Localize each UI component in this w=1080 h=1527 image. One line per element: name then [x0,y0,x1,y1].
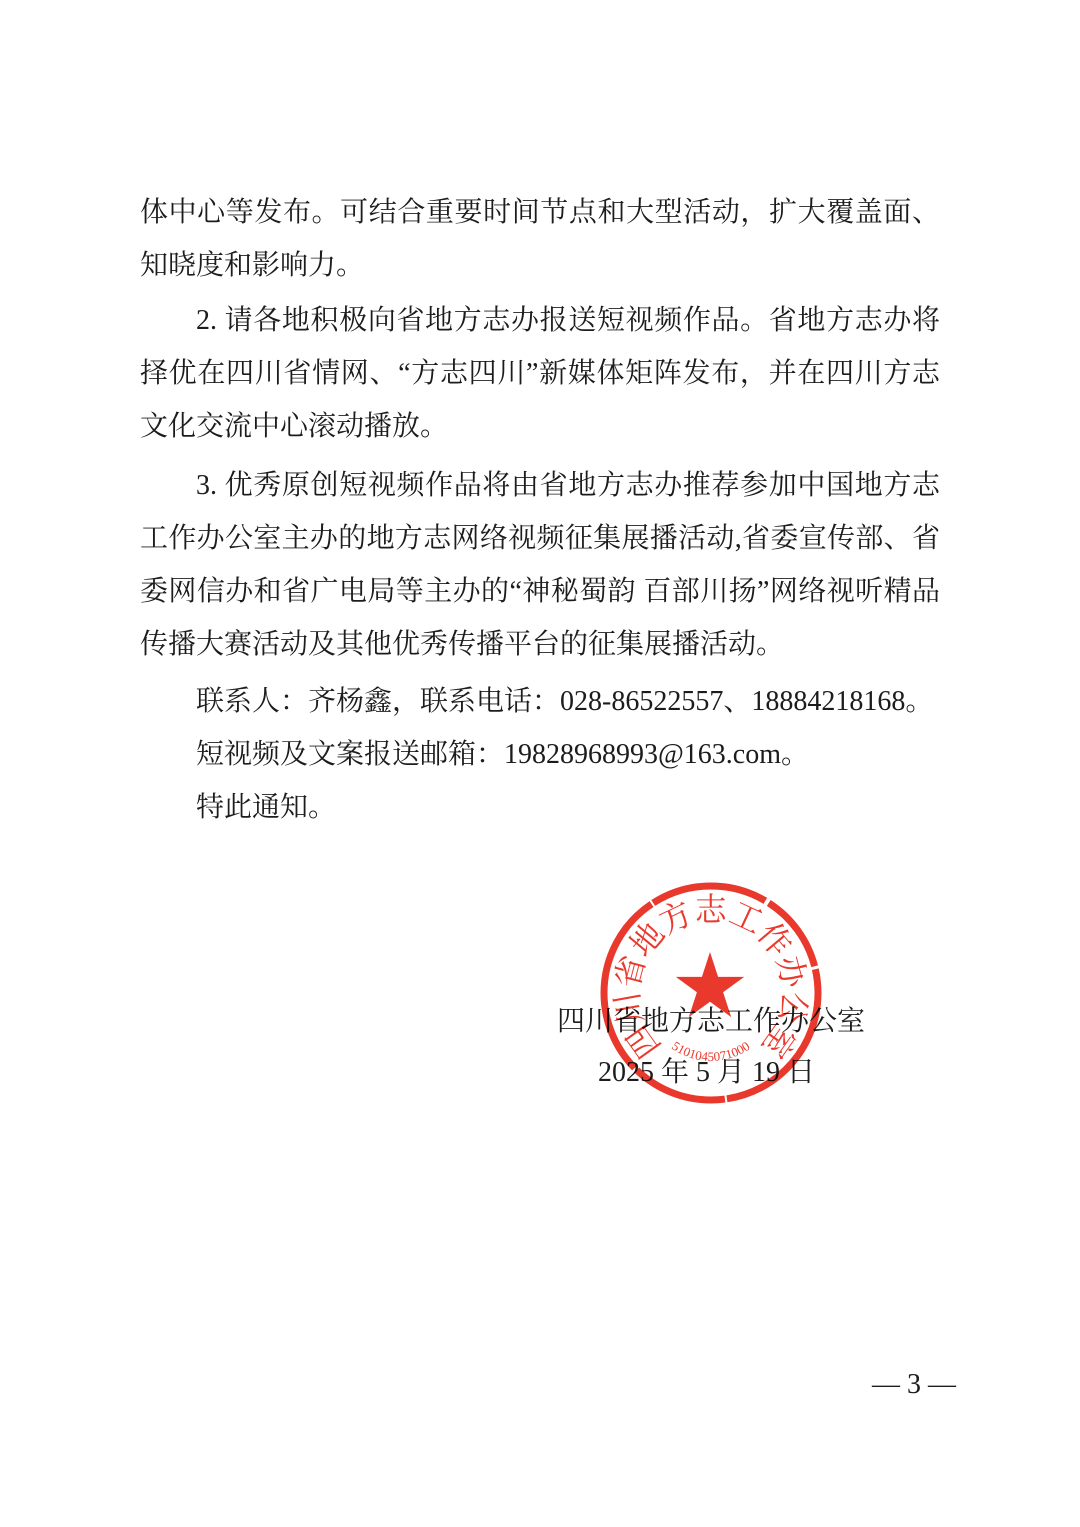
page-number: — 3 — [872,1367,956,1403]
paragraph-closing: 特此通知。 [140,781,940,834]
paragraph-email: 短视频及文案报送邮箱：19828968993@163.com。 [140,728,940,781]
paragraph-continuation: 体中心等发布。可结合重要时间节点和大型活动，扩大覆盖面、知晓度和影响力。 [140,186,940,292]
paragraph-item-3: 3. 优秀原创短视频作品将由省地方志办推荐参加中国地方志工作办公室主办的地方志网… [140,459,940,671]
document-page: 体中心等发布。可结合重要时间节点和大型活动，扩大覆盖面、知晓度和影响力。 2. … [0,0,1080,1527]
official-seal: 四川省地方志工作办公室 5101045071000 [591,873,831,1113]
seal-star-icon [676,952,744,1017]
body-text: 体中心等发布。可结合重要时间节点和大型活动，扩大覆盖面、知晓度和影响力。 2. … [140,186,940,834]
paragraph-contact: 联系人：齐杨鑫，联系电话：028-86522557、18884218168。 [140,675,940,728]
seal-code: 5101045071000 [669,1038,752,1064]
paragraph-item-2: 2. 请各地积极向省地方志办报送短视频作品。省地方志办将择优在四川省情网、“方志… [140,294,940,453]
